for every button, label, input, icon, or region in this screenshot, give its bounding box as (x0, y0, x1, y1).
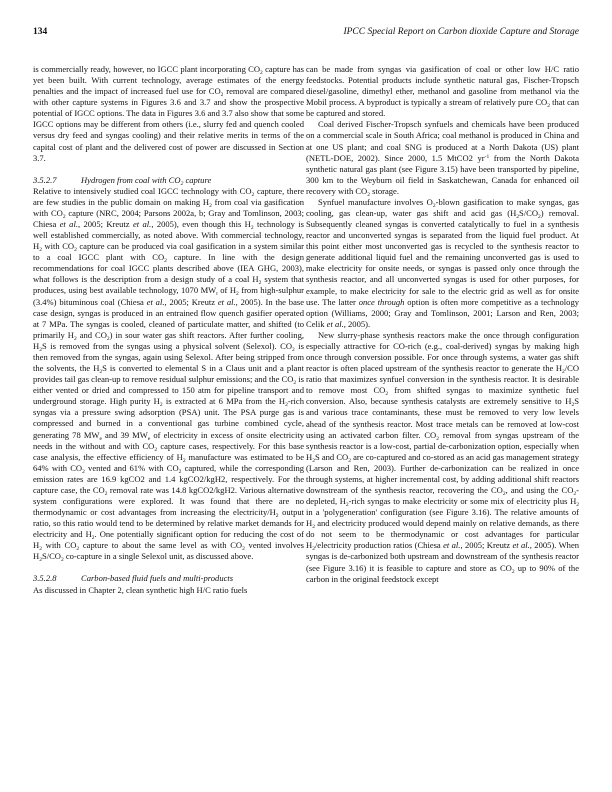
page-number: 134 (33, 27, 47, 37)
paragraph: Coal derived Fischer-Tropsch synfuels an… (306, 119, 579, 197)
paragraph: Synfuel manufacture involves O2-blown ga… (306, 197, 579, 330)
running-title: IPCC Special Report on Carbon dioxide Ca… (343, 27, 579, 37)
paragraph: Relative to intensively studied coal IGC… (33, 186, 304, 563)
right-column: can be made from syngas via gasification… (306, 64, 579, 585)
paragraph: As discussed in Chapter 2, clean synthet… (33, 585, 304, 596)
paragraph: can be made from syngas via gasification… (306, 64, 579, 119)
paragraph: is commercially ready, however, no IGCC … (33, 64, 304, 164)
left-column: is commercially ready, however, no IGCC … (33, 64, 304, 596)
section-heading-3528: 3.5.2.8Carbon-based fluid fuels and mult… (33, 573, 304, 584)
paragraph: New slurry-phase synthesis reactors make… (306, 330, 579, 585)
section-number: 3.5.2.8 (33, 573, 81, 584)
section-number: 3.5.2.7 (33, 175, 81, 186)
section-title: Hydrogen from coal with CO2 capture (81, 175, 211, 185)
page-header: 134 IPCC Special Report on Carbon dioxid… (33, 27, 579, 41)
section-title: Carbon-based fluid fuels and multi-produ… (81, 573, 233, 583)
section-heading-3527: 3.5.2.7Hydrogen from coal with CO2 captu… (33, 175, 304, 186)
